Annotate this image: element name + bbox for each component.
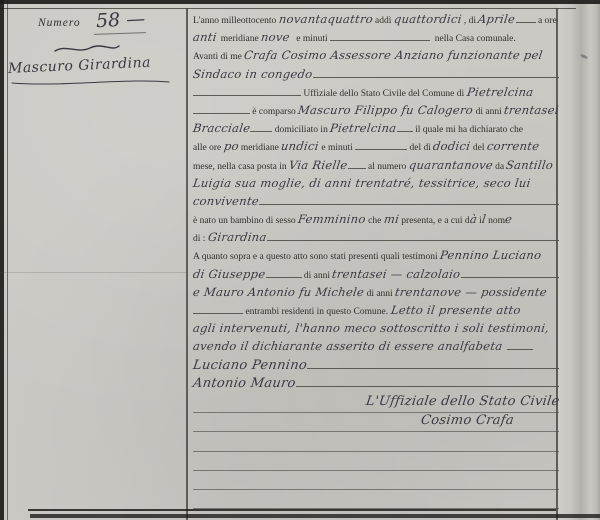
blank-underline (507, 339, 533, 350)
printed-text: entrambi residenti in questo Comune. (243, 307, 391, 317)
form-line-19: avendo il dichiarante asserito di essere… (193, 339, 559, 357)
form-line-16: e Mauro Antonio fu Michele di anni trent… (193, 285, 559, 303)
blank-underline (397, 121, 413, 132)
printed-text: a ore (536, 16, 557, 26)
blank-underline (193, 303, 243, 314)
spacer (193, 414, 421, 424)
handwritten-text: Femminino (297, 212, 367, 226)
empty-ruled-line (193, 490, 559, 509)
printed-text: che (366, 216, 384, 226)
blank-underline (193, 85, 301, 96)
printed-text: e minuti (294, 34, 330, 44)
signature-witness-2: Antonio Mauro (193, 376, 559, 394)
margin-column: Numero 58 — Mascuro Girardina (0, 0, 186, 520)
handwritten-text: Pennino Luciano (439, 248, 542, 262)
form-line-10: Luigia sua moglie, di anni trentatré, te… (193, 176, 559, 194)
numero-label: Numero (38, 17, 81, 29)
printed-text: A quanto sopra e a questo atto sono stat… (193, 252, 440, 262)
official-signature-line: Cosimo Crafa (193, 413, 559, 432)
printed-text: alle ore (193, 143, 224, 153)
margin-name: Mascuro Girardina (8, 53, 189, 77)
printed-text: domiciliato in (272, 125, 330, 135)
printed-text: di anni (302, 271, 333, 281)
name-underline-swash (10, 76, 172, 88)
fill-underline (307, 358, 559, 369)
handwritten-text: quattordici (393, 12, 463, 26)
record-number: 58 — (95, 8, 145, 33)
handwritten-text: convivente (192, 194, 260, 208)
form-line-2: anti meridiane nove e minuti nella Casa … (193, 30, 559, 48)
handwritten-text: Luigia sua moglie, di anni trentatré, te… (192, 176, 532, 190)
form-line-12: è nato un bambino di sesso Femminino che… (193, 212, 559, 230)
printed-text: Avanti di me (193, 52, 244, 62)
handwritten-text: Luciano Pennino (192, 358, 308, 373)
signature-witness-1: Luciano Pennino (193, 358, 559, 376)
printed-text: del dì (407, 143, 433, 153)
printed-text: il quale mi ha dichiarato che (413, 125, 523, 135)
printed-text: del (471, 143, 487, 153)
form-line-9: mese, nella casa posta in Via Rielle al … (193, 158, 559, 176)
printed-text: e minuti (319, 143, 355, 153)
handwritten-text: Mascuro Filippo fu Calogero (297, 103, 474, 117)
form-body: L'anno milleottocento novantaquattro add… (190, 12, 559, 509)
handwritten-text: Bracciale (192, 121, 251, 135)
fill-underline (313, 67, 559, 78)
printed-text: nella Casa comunale. (430, 34, 516, 44)
blank-underline (266, 267, 302, 278)
form-line-13: di : Girardina (193, 230, 559, 248)
blank-underline (516, 12, 536, 23)
spacer (193, 395, 366, 405)
handwritten-text: Crafa Cosimo Assessore Anziano funzionan… (243, 48, 544, 62)
handwritten-text: trentanove — possidente (394, 285, 548, 299)
printed-text: addì (373, 16, 394, 26)
form-line-1: L'anno milleottocento novantaquattro add… (193, 12, 559, 30)
handwritten-text: mi (383, 212, 400, 226)
form-line-7: Bracciale domiciliato in Pietrelcina il … (193, 121, 559, 139)
printed-text: è nato un bambino di sesso (193, 216, 298, 226)
printed-text: meridiane (221, 34, 261, 44)
blank-underline (348, 158, 366, 169)
printed-text: meridiane (238, 143, 281, 153)
handwritten-text: undici (280, 139, 320, 153)
margin-divider-rule (186, 8, 188, 520)
handwritten-text: nove (260, 30, 295, 44)
handwritten-text: corrente (486, 139, 540, 153)
handwritten-text: trentasei — calzolaio (331, 267, 461, 281)
form-line-18: agli intervenuti, l'hanno meco sottoscri… (193, 321, 559, 339)
handwritten-text: Sindaco in congedo (192, 67, 314, 81)
printed-text: , di (462, 16, 479, 26)
fill-underline (461, 267, 559, 278)
handwritten-text: agli intervenuti, l'hanno meco sottoscri… (192, 321, 550, 335)
form-line-15: di Giuseppe di anni trentasei — calzolai… (193, 267, 559, 285)
printed-text: Uffiziale dello Stato Civile del Comune … (301, 89, 467, 99)
handwritten-text: e Mauro Antonio fu Michele (192, 285, 365, 299)
form-line-4: Sindaco in congedo (193, 67, 559, 85)
printed-text: L'anno milleottocento (193, 16, 279, 26)
handwritten-text: Santillo (506, 158, 555, 172)
handwritten-text: Letto il presente atto (390, 303, 522, 317)
handwritten-text: Girardina (207, 230, 268, 244)
form-line-11: convivente (193, 194, 559, 212)
blank-underline (330, 30, 430, 41)
fill-underline (267, 230, 560, 241)
handwritten-text: à (469, 212, 478, 226)
empty-ruled-line (193, 452, 559, 471)
form-line-6: è comparso Mascuro Filippo fu Calogero d… (193, 103, 559, 121)
printed-text: di anni (473, 107, 504, 117)
handwritten-text: di Giuseppe (192, 267, 266, 281)
official-title-line: L'Uffiziale dello Stato Civile (193, 394, 559, 413)
handwritten-text: avendo il dichiarante asserito di essere… (192, 339, 507, 353)
handwritten-text: Pietrelcina (329, 121, 397, 135)
printed-text: al numero (366, 162, 409, 172)
handwritten-text: trentasei (503, 103, 560, 117)
printed-text: è comparso (250, 107, 298, 117)
fill-underline (259, 194, 559, 205)
record-number-underline (94, 32, 146, 35)
handwritten-text: L'Uffiziale dello Stato Civile (364, 394, 560, 409)
flourish-mark (52, 42, 122, 56)
empty-ruled-line (193, 432, 559, 451)
handwritten-text: e (504, 212, 513, 226)
blank-underline (193, 103, 250, 114)
page-gutter (558, 0, 600, 520)
fill-underline (296, 376, 559, 387)
form-line-14: A quanto sopra e a questo atto sono stat… (193, 248, 559, 266)
printed-text: di anni (364, 289, 395, 299)
handwritten-text: Via Rielle (288, 158, 349, 172)
blank-underline (355, 139, 407, 150)
form-line-5: Uffiziale dello Stato Civile del Comune … (193, 85, 559, 103)
handwritten-text: Antonio Mauro (192, 376, 297, 391)
handwritten-text: dodici (432, 139, 471, 153)
form-line-8: alle ore po meridiane undici e minuti de… (193, 139, 559, 157)
blank-underline (250, 121, 272, 132)
printed-text: presenta, e a cui d (399, 216, 470, 226)
handwritten-text: Cosimo Crafa (420, 413, 515, 428)
handwritten-text: novantaquattro (278, 12, 374, 26)
handwritten-text: quarantanove (408, 158, 494, 172)
birth-record-document: Numero 58 — Mascuro Girardina L'anno mil… (0, 0, 600, 520)
handwritten-text: Pietrelcina (466, 85, 534, 99)
empty-ruled-line (193, 471, 559, 490)
handwritten-text: po (223, 139, 240, 153)
handwritten-text: Aprile (477, 12, 516, 26)
handwritten-text: anti (192, 30, 222, 44)
form-line-3: Avanti di me Crafa Cosimo Assessore Anzi… (193, 48, 559, 66)
printed-text: mese, nella casa posta in (193, 162, 289, 172)
printed-text: di : (193, 234, 208, 244)
printed-text: nom (486, 216, 505, 226)
form-line-17: entrambi residenti in questo Comune. Let… (193, 303, 559, 321)
